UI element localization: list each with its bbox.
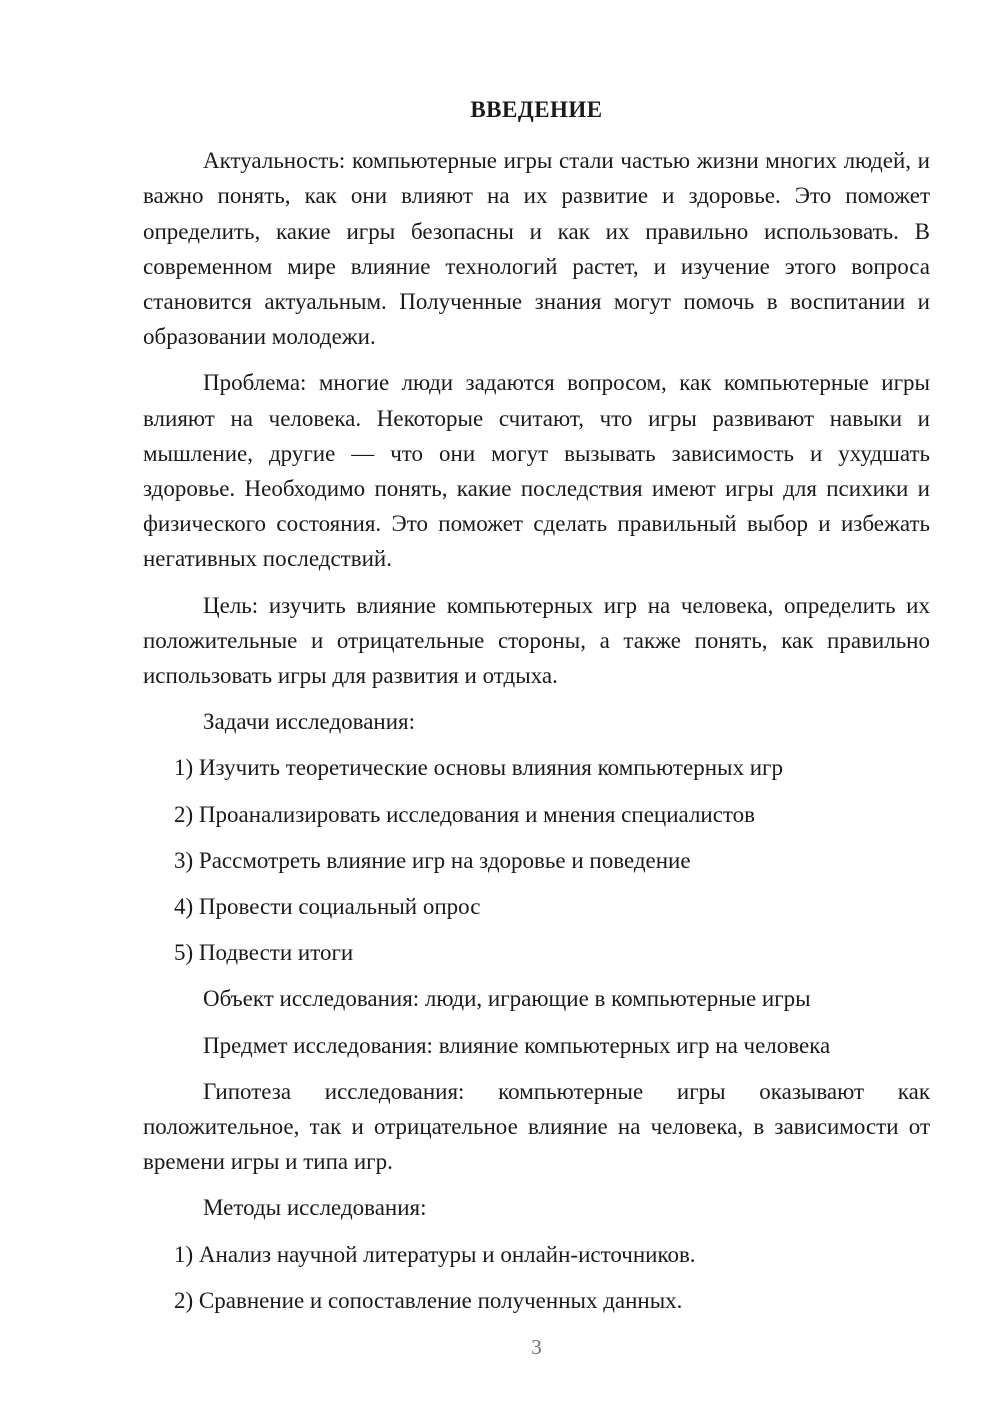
task-item-2: 2) Проанализировать исследования и мнени… xyxy=(143,797,930,832)
document-page: ВВЕДЕНИЕ Актуальность: компьютерные игры… xyxy=(0,0,1000,1414)
paragraph-problem: Проблема: многие люди задаются вопросом,… xyxy=(143,365,930,576)
page-number: 3 xyxy=(143,1330,930,1365)
method-item-1: 1) Анализ научной литературы и онлайн-ис… xyxy=(143,1237,930,1272)
paragraph-hypothesis: Гипотеза исследования: компьютерные игры… xyxy=(143,1074,930,1180)
page-title: ВВЕДЕНИЕ xyxy=(143,92,930,127)
paragraph-relevance: Актуальность: компьютерные игры стали ча… xyxy=(143,143,930,354)
task-item-5: 5) Подвести итоги xyxy=(143,935,930,970)
tasks-heading: Задачи исследования: xyxy=(143,704,930,739)
subject-of-research-line: Предмет исследования: влияние компьютерн… xyxy=(143,1028,930,1063)
method-item-2: 2) Сравнение и сопоставление полученных … xyxy=(143,1283,930,1318)
paragraph-goal: Цель: изучить влияние компьютерных игр н… xyxy=(143,588,930,694)
task-item-1: 1) Изучить теоретические основы влияния … xyxy=(143,750,930,785)
object-of-research-line: Объект исследования: люди, играющие в ко… xyxy=(143,981,930,1016)
task-item-3: 3) Рассмотреть влияние игр на здоровье и… xyxy=(143,843,930,878)
methods-heading: Методы исследования: xyxy=(143,1190,930,1225)
task-item-4: 4) Провести социальный опрос xyxy=(143,889,930,924)
